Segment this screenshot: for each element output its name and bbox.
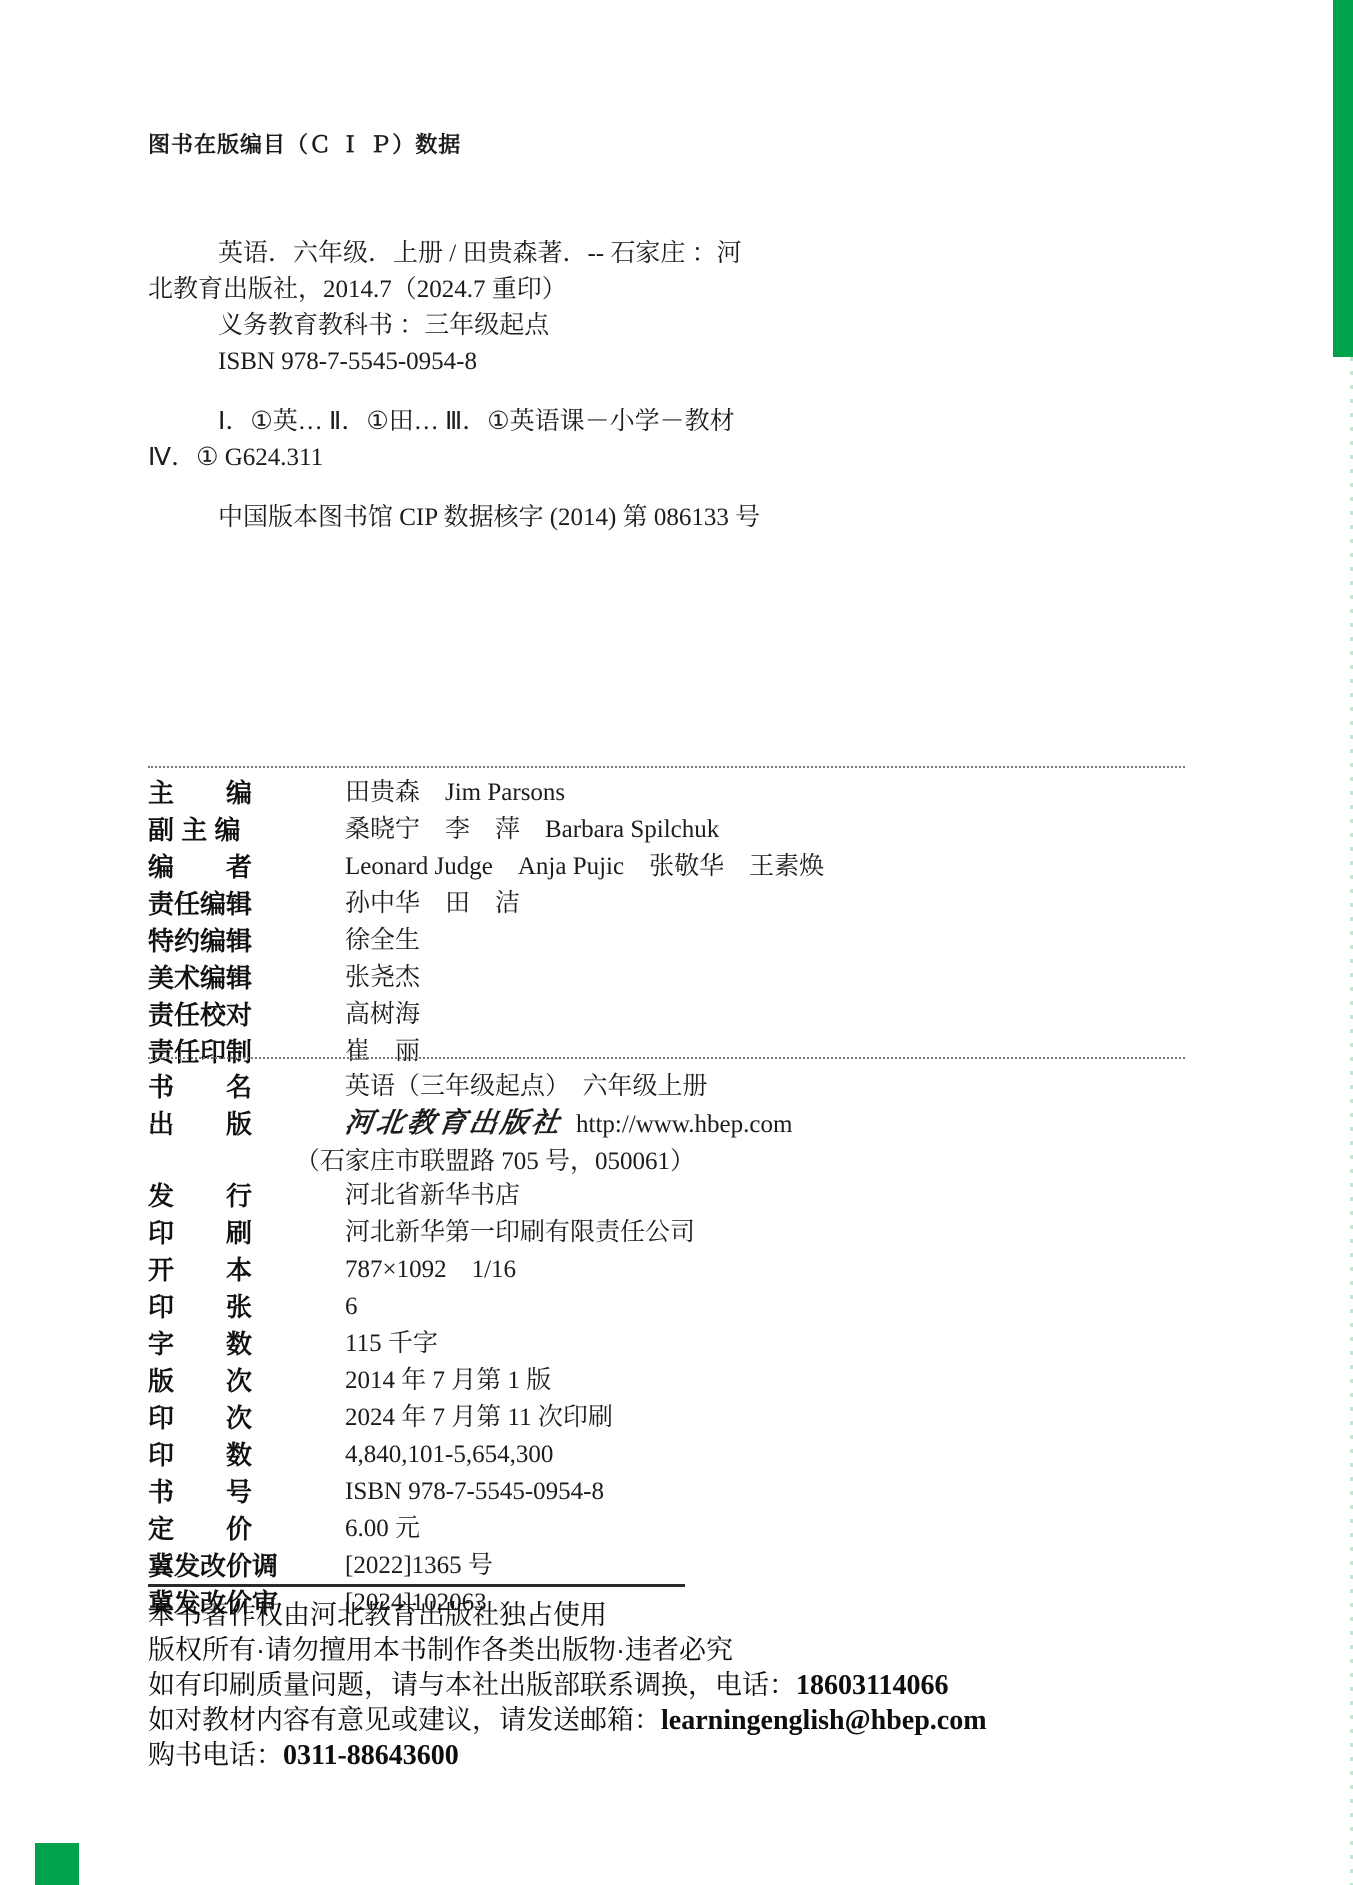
publication-label: 发 行 (148, 1179, 345, 1213)
publication-value: 787×1092 1/16 (345, 1256, 516, 1283)
cip-registry-line: 中国版本图书馆 CIP 数据核字 (2014) 第 086133 号 (148, 500, 1088, 536)
credit-label: 编 者 (148, 850, 345, 884)
credit-value: Leonard Judge Anja Pujic 张敬华 王素焕 (345, 853, 824, 880)
publication-value: [2022]1365 号 (345, 1552, 493, 1579)
green-corner-mark (35, 1843, 79, 1885)
publication-label: 书 名 (148, 1070, 345, 1104)
cip-data-block: 英语．六年级．上册 / 田贵森著．-- 石家庄 ：河 北教育出版社，2014.7… (148, 236, 1088, 536)
notice-text: 如有印刷质量问题，请与本社出版部联系调换，电话： (148, 1670, 796, 1700)
publication-label: 定 价 (148, 1512, 345, 1546)
credit-label: 副 主 编 (148, 813, 345, 847)
publication-value: 河北新华第一印刷有限责任公司 (345, 1219, 695, 1246)
publication-label: 印 张 (148, 1290, 345, 1324)
publication-label: 印 刷 (148, 1216, 345, 1250)
dotted-divider-middle (148, 1057, 1185, 1059)
notice-line: 如对教材内容有意见或建议，请发送邮箱：learningenglish@hbep.… (148, 1703, 1248, 1738)
publication-label: 字 数 (148, 1327, 345, 1361)
publication-value: 2014 年 7 月第 1 版 (345, 1367, 551, 1394)
isbn-value: ISBN 978-7-5545-0954-8 (345, 1478, 604, 1505)
publication-row: 出 版河北教育出版社http://www.hbep.com (148, 1107, 1208, 1145)
publication-row: 书 号ISBN 978-7-5545-0954-8 (148, 1475, 1208, 1512)
credit-label: 美术编辑 (148, 961, 345, 995)
notice-text: 购书电话： (148, 1740, 283, 1770)
credit-label: 责任编辑 (148, 887, 345, 921)
publication-row: 印 张6 (148, 1290, 1208, 1327)
cip-line: 英语．六年级．上册 / 田贵森著．-- 石家庄 ：河 (148, 236, 1088, 272)
publisher-address: （石家庄市联盟路 705 号，050061） (148, 1145, 1208, 1179)
publication-row: 定 价6.00 元 (148, 1512, 1208, 1549)
publication-label: 出 版 (148, 1107, 345, 1141)
publication-row: 发 行河北省新华书店 (148, 1179, 1208, 1216)
cip-line: 义务教育教科书 ：三年级起点 (148, 308, 1088, 344)
credit-value: 田贵森 Jim Parsons (345, 779, 565, 806)
publisher-logotype: 河北教育出版社 (343, 1107, 565, 1141)
credit-row: 特约编辑徐全生 (148, 924, 1208, 961)
credit-row: 责任编辑孙中华 田 洁 (148, 887, 1208, 924)
cip-line: Ⅰ．①英… Ⅱ．①田… Ⅲ．①英语课－小学－教材 (148, 404, 1088, 440)
publication-value: 115 千字 (345, 1330, 438, 1357)
green-accent-bar (1333, 0, 1353, 357)
price-value: 6.00 元 (345, 1515, 420, 1542)
credit-row: 责任印制崔 丽 (148, 1035, 1208, 1072)
publication-value: 河北省新华书店 (345, 1182, 520, 1209)
book-title-value: 英语（三年级起点） 六年级上册 (345, 1073, 708, 1100)
credit-value: 高树海 (345, 1001, 420, 1028)
publication-label: 印 数 (148, 1438, 345, 1472)
publication-label: 版 次 (148, 1364, 345, 1398)
notice-line: 如有印刷质量问题，请与本社出版部联系调换，电话：18603114066 (148, 1668, 1248, 1703)
cip-line: ISBN 978-7-5545-0954-8 (148, 344, 1088, 380)
cip-line: Ⅳ．① G624.311 (148, 440, 1088, 476)
notice-text: 版权所有·请勿擅用本书制作各类出版物·违者必究 (148, 1635, 733, 1665)
publication-value: 6 (345, 1293, 358, 1320)
publication-row: 书 名英语（三年级起点） 六年级上册 (148, 1070, 1208, 1107)
credit-value: 桑晓宁 李 萍 Barbara Spilchuk (345, 816, 719, 843)
credit-row: 编 者Leonard Judge Anja Pujic 张敬华 王素焕 (148, 850, 1208, 887)
credit-value: 孙中华 田 洁 (345, 890, 520, 917)
publisher-url: http://www.hbep.com (576, 1111, 792, 1138)
credit-label: 特约编辑 (148, 924, 345, 958)
publication-label: 开 本 (148, 1253, 345, 1287)
credit-row: 主 编田贵森 Jim Parsons (148, 776, 1208, 813)
order-phone: 0311-88643600 (283, 1740, 459, 1771)
publication-label: 冀发改价调 (148, 1549, 345, 1583)
copyright-page: 图书在版编目（Ｃ Ｉ Ｐ）数据 英语．六年级．上册 / 田贵森著．-- 石家庄 … (0, 0, 1353, 1885)
publication-table: 书 名英语（三年级起点） 六年级上册 出 版河北教育出版社http://www.… (148, 1070, 1208, 1623)
credit-value: 徐全生 (345, 927, 420, 954)
publication-label: 印 次 (148, 1401, 345, 1435)
credit-value: 张尧杰 (345, 964, 420, 991)
notice-text: 如对教材内容有意见或建议，请发送邮箱： (148, 1705, 661, 1735)
notice-line: 本书著作权由河北教育出版社独占使用 (148, 1598, 1248, 1633)
publication-row: 冀发改价调[2022]1365 号 (148, 1549, 1208, 1586)
legal-notices: 本书著作权由河北教育出版社独占使用 版权所有·请勿擅用本书制作各类出版物·违者必… (148, 1598, 1248, 1773)
credit-row: 副 主 编桑晓宁 李 萍 Barbara Spilchuk (148, 813, 1208, 850)
publication-row: 印 数4,840,101-5,654,300 (148, 1438, 1208, 1475)
notice-text: 本书著作权由河北教育出版社独占使用 (148, 1600, 607, 1630)
notice-line: 版权所有·请勿擅用本书制作各类出版物·违者必究 (148, 1633, 1248, 1668)
credit-label: 主 编 (148, 776, 345, 810)
credit-row: 责任校对高树海 (148, 998, 1208, 1035)
publication-row: 版 次2014 年 7 月第 1 版 (148, 1364, 1208, 1401)
credit-label: 责任印制 (148, 1035, 345, 1069)
credit-row: 美术编辑张尧杰 (148, 961, 1208, 998)
publication-label: 书 号 (148, 1475, 345, 1509)
publication-row: 印 次2024 年 7 月第 11 次印刷 (148, 1401, 1208, 1438)
publication-value: 4,840,101-5,654,300 (345, 1441, 553, 1468)
feedback-email: learningenglish@hbep.com (661, 1705, 987, 1736)
cip-line: 北教育出版社，2014.7（2024.7 重印） (148, 272, 1088, 308)
publication-row: 开 本787×1092 1/16 (148, 1253, 1208, 1290)
dotted-divider-top (148, 766, 1185, 768)
publication-value: 2024 年 7 月第 11 次印刷 (345, 1404, 613, 1431)
publication-row: 印 刷河北新华第一印刷有限责任公司 (148, 1216, 1208, 1253)
credit-label: 责任校对 (148, 998, 345, 1032)
notice-line: 购书电话：0311-88643600 (148, 1738, 1248, 1773)
credits-table: 主 编田贵森 Jim Parsons 副 主 编桑晓宁 李 萍 Barbara … (148, 776, 1208, 1072)
credit-value: 崔 丽 (345, 1038, 420, 1065)
cip-heading: 图书在版编目（Ｃ Ｉ Ｐ）数据 (148, 128, 461, 159)
publication-row: 字 数115 千字 (148, 1327, 1208, 1364)
solid-divider-bottom (148, 1584, 685, 1587)
service-phone: 18603114066 (796, 1670, 948, 1701)
